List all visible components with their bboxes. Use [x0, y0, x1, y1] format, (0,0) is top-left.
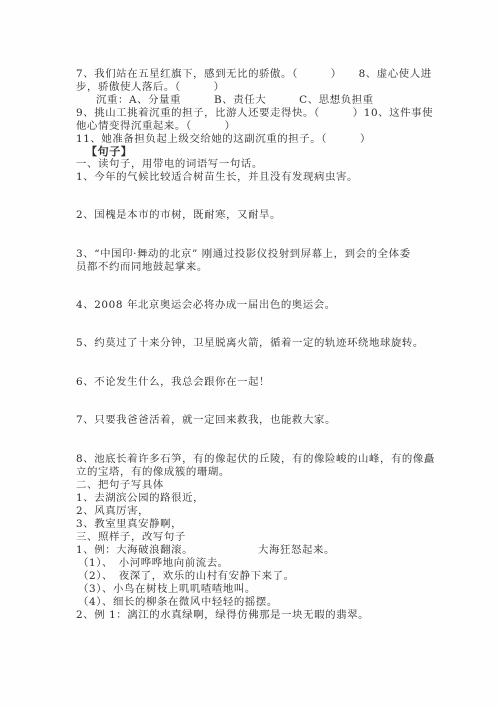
text-line: 步，骄傲使人落后。（ ）: [76, 81, 225, 94]
part3-heading: 三、照样子，改写句子: [76, 531, 186, 544]
sentence-item: 员都不约而同地鼓起掌来。: [76, 261, 208, 274]
section-title: 【句子】: [86, 145, 132, 158]
sentence-item: （1）、 小河哗哗地向前流去。: [78, 557, 229, 570]
sentence-item: 1、去湖滨公园的路很近，: [76, 492, 204, 505]
example1-right: 大海狂怒起来。: [258, 544, 335, 557]
sentence-item: 8、池底长着许多石笋，有的像起伏的丘陵，有的像险峻的山峰，有的像矗: [76, 453, 435, 466]
part2-heading: 二、把句子写具体: [76, 479, 164, 492]
sentence-item: 6、不论发生什么，我总会跟你在一起！: [76, 376, 270, 389]
sentence-item: 7、只要我爸爸活着，就一定回来救我，也能救大家。: [76, 414, 336, 427]
text-line: 7、我们站在五星红旗下，感到无比的骄傲。（ ） 8、虚心使人进: [76, 68, 432, 81]
sentence-item: 3、教室里真安静啊，: [76, 518, 182, 531]
sentence-item: 立的宝塔，有的像成簇的珊瑚。: [76, 466, 230, 479]
sentence-item: 2、风真厉害，: [76, 505, 149, 518]
example2: 2、例 1：漓江的水真绿啊，绿得仿佛那是一块无暇的翡翠。: [76, 609, 369, 622]
text-line: 他心情变得沉重起来。（ ）: [76, 120, 236, 133]
text-line: 沉重：A、分量重 B、责任大 C、思想负担重: [96, 94, 374, 107]
sentence-item: 5、约莫过了十来分钟，卫星脱离火箭，循着一定的轨迹环绕地球旋转。: [76, 337, 424, 350]
sentence-item: （3）、小鸟在树枝上叽叽喳喳地叫。: [78, 583, 256, 596]
document-page: 7、我们站在五星红旗下，感到无比的骄傲。（ ） 8、虚心使人进 步，骄傲使人落后…: [0, 0, 500, 707]
sentence-item: 2、国槐是本市的市树，既耐寒，又耐旱。: [76, 209, 281, 222]
sentence-item: 3、“中国印·舞动的北京” 刚通过投影仪投射到屏幕上，到会的全体委: [76, 248, 411, 261]
example1-left: 1、例：大海破浪翻滚。: [76, 544, 193, 557]
sentence-item: （4）、细长的柳条在微风中轻轻的摇摆。: [78, 596, 278, 609]
sentence-item: 1、今年的气候比较适合树苗生长，并且没有发现病虫害。: [76, 171, 358, 184]
sentence-item: 4、2008 年北京奥运会必将办成一届出色的奥运会。: [76, 299, 336, 312]
part1-heading: 一、读句子，用带电的词语写一句话。: [76, 158, 263, 171]
text-line: 9、挑山工挑着沉重的担子，比游人还要走得快。（ ）10、这件事使: [76, 107, 433, 120]
sentence-item: （2）、 夜深了，欢乐的山村有安静下来了。: [78, 570, 295, 583]
